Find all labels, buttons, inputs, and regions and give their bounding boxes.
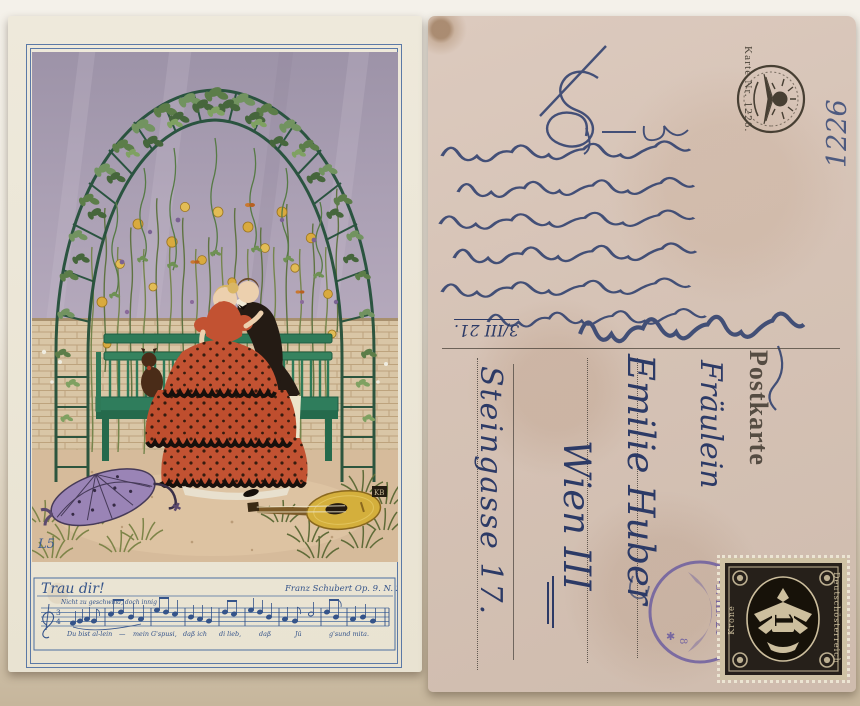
- svg-text:g'sund mita.: g'sund mita.: [329, 630, 369, 638]
- svg-text:di lieb,: di lieb,: [219, 630, 241, 638]
- postmark-crescent: [688, 572, 712, 652]
- scanned-postcards: L5 KB Trau dir! Franz Schubert Op. 9. N.…: [0, 0, 860, 706]
- address-underline: [552, 576, 554, 628]
- address-street: Steingasse 17.: [473, 366, 508, 616]
- stamp-country: Deutschösterreich: [832, 572, 841, 664]
- address-salutation: Fräulein: [693, 360, 728, 489]
- postcard-front: L5 KB Trau dir! Franz Schubert Op. 9. N.…: [8, 16, 422, 672]
- garden-scene-art: L5 KB: [32, 52, 398, 562]
- song-composer: Franz Schubert Op. 9. N. 2.: [284, 584, 397, 594]
- svg-text:daß ich: daß ich: [183, 630, 207, 638]
- tempo-marking: Nicht zu geschwind, doch innig: [60, 599, 157, 606]
- address-city: Wien III: [555, 440, 598, 591]
- address-line-rule: [513, 364, 514, 660]
- svg-text:—: —: [119, 630, 126, 638]
- time-signature-top: 3: [56, 608, 61, 617]
- lyrics: Du bist al-lein — mein G'spusi, daß ich …: [66, 630, 369, 638]
- time-signature-bottom: 4: [56, 617, 61, 626]
- message-date: 3/III 21.: [454, 319, 519, 340]
- stamp-value: 1: [769, 612, 798, 629]
- svg-text:mein G'spusi,: mein G'spusi,: [133, 630, 177, 638]
- address-underline: [547, 582, 549, 624]
- svg-text:KB: KB: [374, 489, 384, 497]
- illustration: L5 KB: [32, 52, 398, 562]
- song-notation-panel: Trau dir! Franz Schubert Op. 9. N. 2. Ni…: [33, 572, 397, 656]
- svg-text:Jü: Jü: [293, 630, 302, 638]
- postage-stamp: 1 Deutschösterreich Krone: [720, 558, 847, 680]
- corner-monogram: KB: [372, 486, 387, 497]
- message-closing-line: [580, 314, 804, 342]
- postkarte-title: Postkarte: [743, 350, 773, 466]
- svg-text:Du bist al-lein: Du bist al-lein: [66, 630, 112, 638]
- message-flourish: [540, 46, 606, 147]
- song-title: Trau dir!: [41, 581, 105, 597]
- divider-line: [442, 348, 840, 349]
- postmark-star-left: ✱: [666, 630, 675, 643]
- postcard-back: Karte Nr. 1226. 1226: [428, 16, 856, 692]
- svg-text:daß: daß: [259, 630, 271, 638]
- artist-monogram: L5: [37, 537, 55, 552]
- stamp-currency: Krone: [727, 605, 736, 635]
- treble-clef: [43, 604, 54, 638]
- postmark-index: 8: [677, 638, 688, 644]
